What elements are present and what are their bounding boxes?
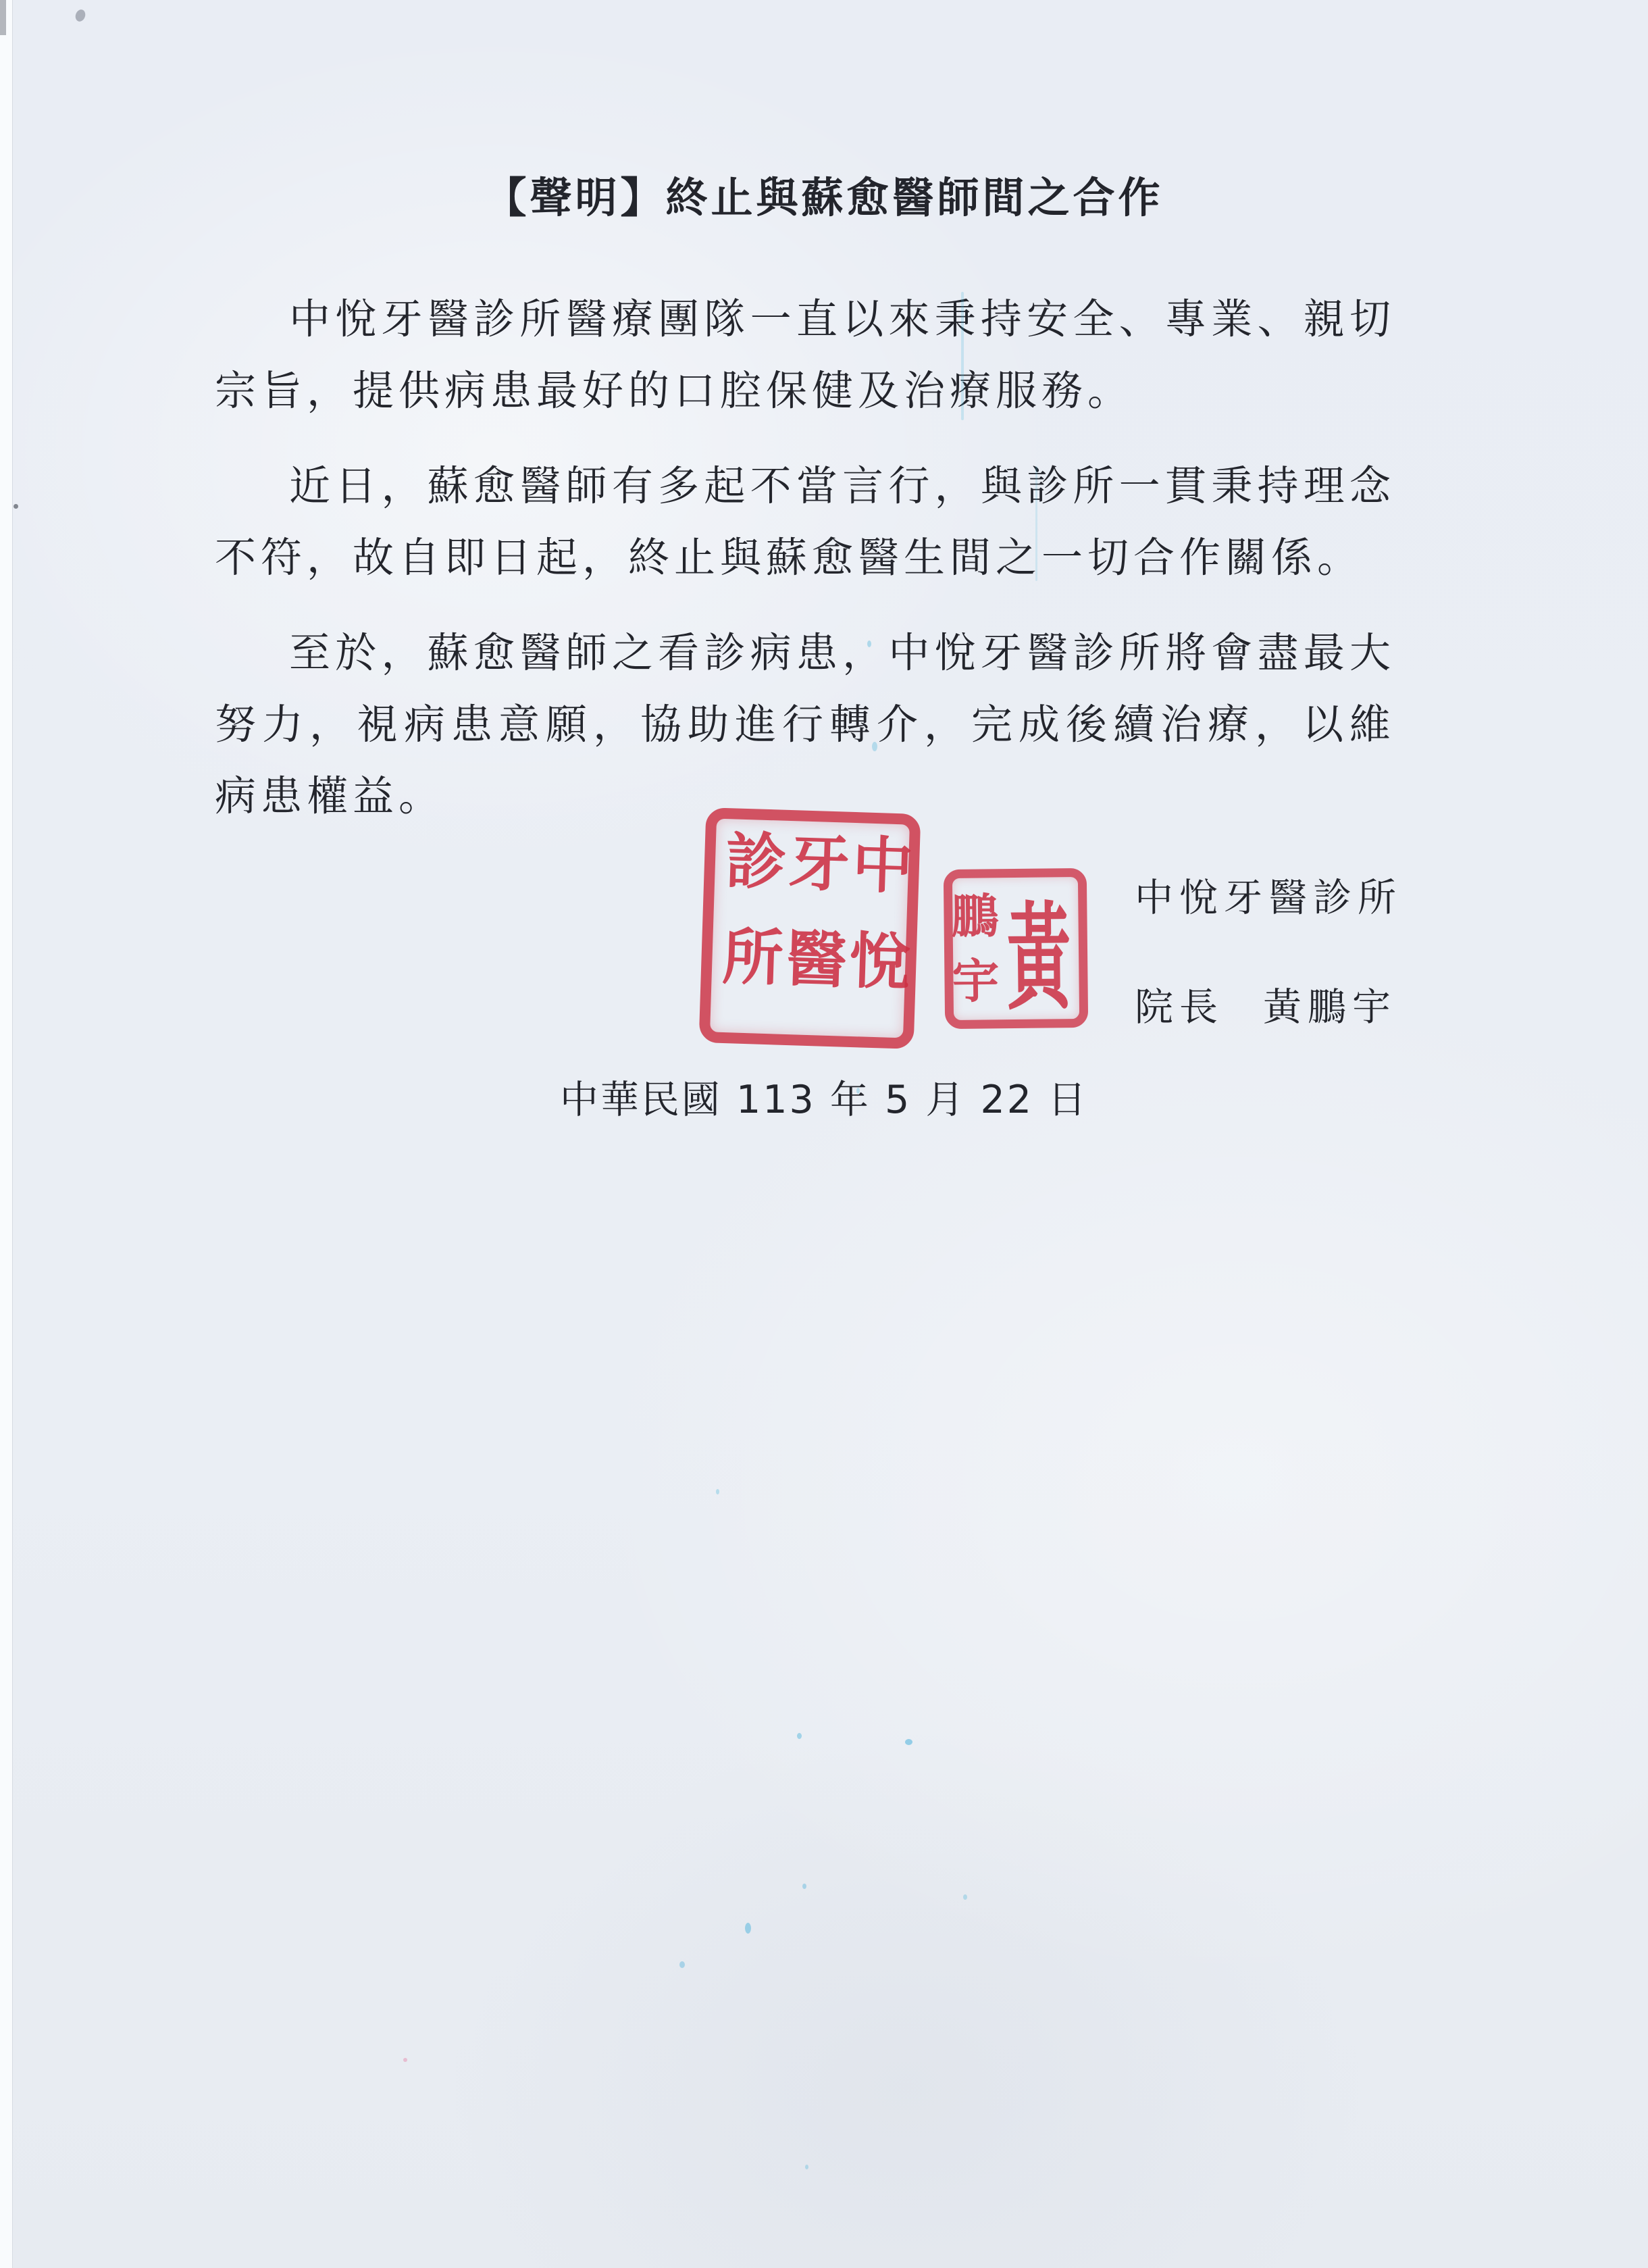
scan-speck	[403, 2058, 407, 2062]
director-seal-given-name: 鵬宇	[951, 878, 1000, 1020]
scan-smudge	[74, 8, 86, 23]
scanned-statement-page: 【聲明】終止與蘇愈醫師間之合作 中悅牙醫診所醫療團隊一直以來秉持安全、專業、親切…	[0, 0, 1648, 2268]
paragraph-termination: 近日，蘇愈醫師有多起不當言行，與診所一貫秉持理念不符，故自即日起，終止與蘇愈醫生…	[215, 451, 1395, 594]
scan-corner-artifact	[0, 0, 6, 35]
director-name-seal-stamp: 黃 鵬宇	[944, 868, 1088, 1029]
scan-speck	[745, 1923, 751, 1934]
statement-body: 中悅牙醫診所醫療團隊一直以來秉持安全、專業、親切宗旨，提供病患最好的口腔保健及治…	[215, 284, 1395, 856]
paragraph-patient-care: 至於，蘇愈醫師之看診病患，中悅牙醫診所將會盡最大努力，視病患意願，協助進行轉介，…	[215, 618, 1395, 832]
scan-speck	[716, 1489, 719, 1494]
scan-speck	[797, 1733, 802, 1739]
clinic-seal-text: 中悅牙醫診所	[710, 819, 910, 1038]
margin-ink-dot	[14, 504, 18, 509]
director-signature-line: 院長 黃鵬宇	[1135, 976, 1402, 1032]
signature-block: 中悅牙醫診所 院長 黃鵬宇	[1135, 867, 1402, 1032]
clinic-name: 中悅牙醫診所	[1135, 867, 1402, 922]
director-seal-surname: 黃	[1006, 845, 1072, 1051]
director-role: 院長	[1135, 976, 1224, 1032]
paragraph-intro: 中悅牙醫診所醫療團隊一直以來秉持安全、專業、親切宗旨，提供病患最好的口腔保健及治…	[215, 284, 1395, 427]
director-name: 黃鵬宇	[1263, 976, 1397, 1032]
statement-date: 中華民國 113 年 5 月 22 日	[0, 1069, 1648, 1124]
scan-paper-edge	[0, 0, 13, 2268]
clinic-seal-stamp: 中悅牙醫診所	[699, 807, 921, 1049]
scan-speck	[679, 1961, 685, 1968]
scan-speck	[802, 1884, 806, 1889]
scan-speck	[963, 1894, 967, 1900]
scan-speck	[805, 2165, 808, 2169]
scan-speck	[905, 1739, 912, 1745]
statement-title: 【聲明】終止與蘇愈醫師間之合作	[0, 177, 1648, 219]
